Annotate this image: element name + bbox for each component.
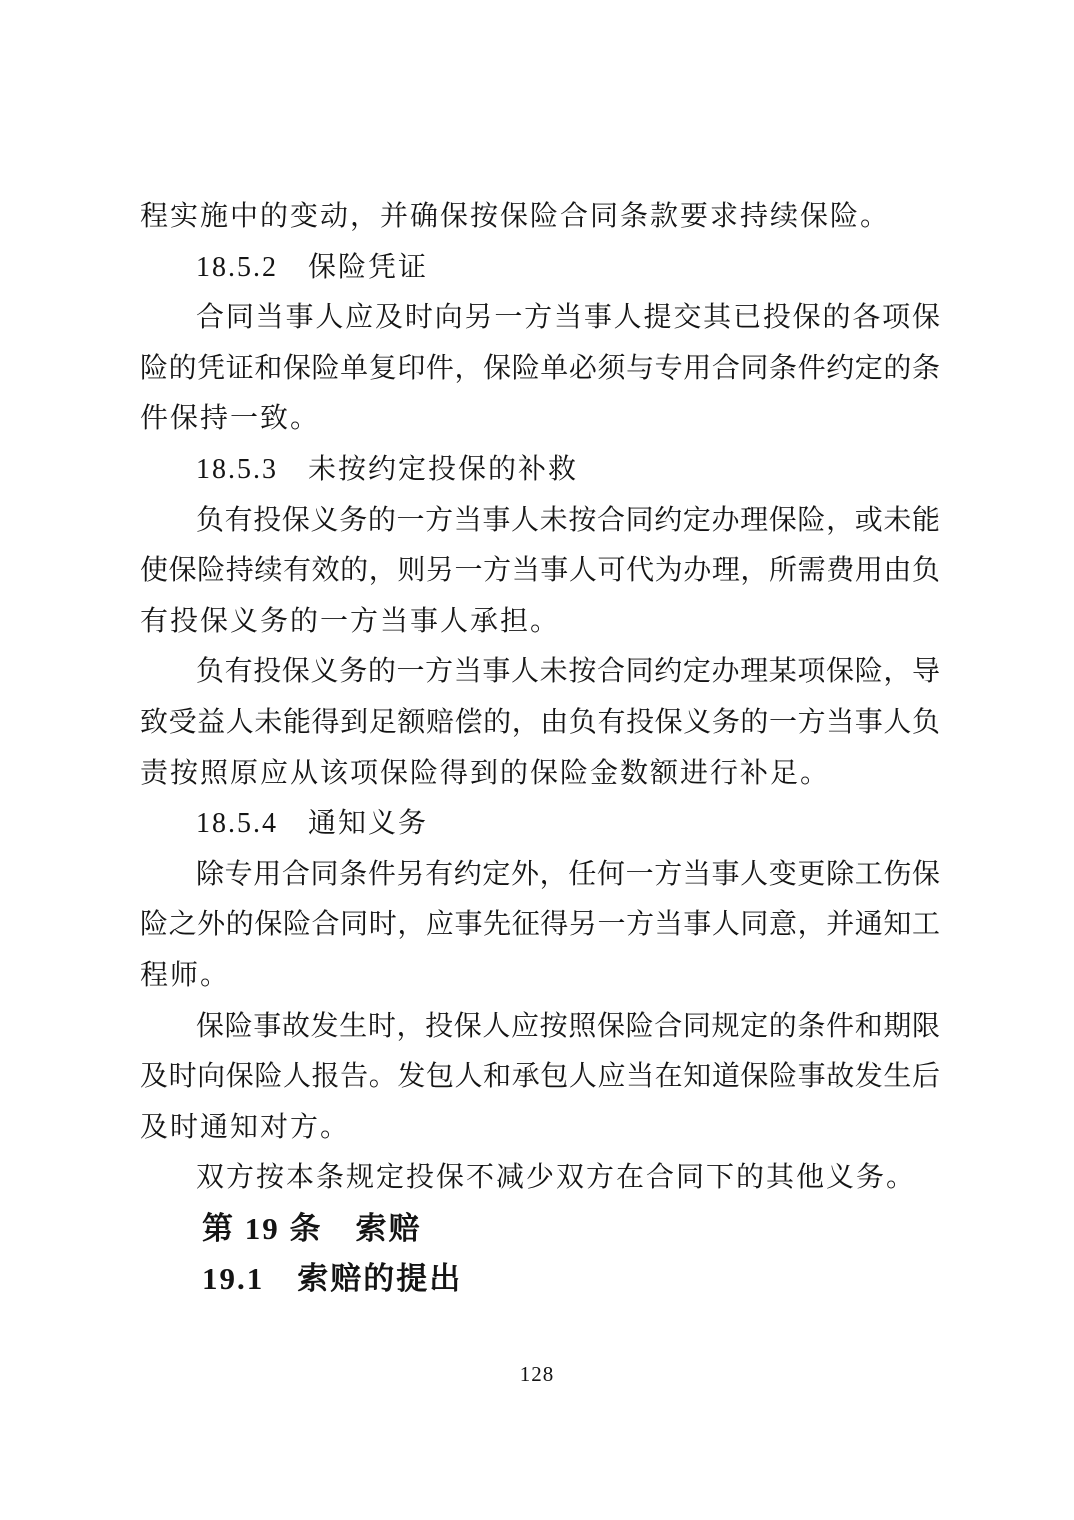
- paragraph-line: 程师。: [140, 951, 940, 1002]
- heading-18-5-2: 18.5.2 保险凭证: [140, 243, 940, 294]
- paragraph-line: 致受益人未能得到足额赔偿的，由负有投保义务的一方当事人负: [140, 698, 940, 749]
- paragraph-line: 责按照原应从该项保险得到的保险金数额进行补足。: [140, 749, 940, 800]
- paragraph-line: 程实施中的变动，并确保按保险合同条款要求持续保险。: [140, 192, 940, 243]
- heading-18-5-3: 18.5.3 未按约定投保的补救: [140, 445, 940, 496]
- paragraph-line: 险的凭证和保险单复印件，保险单必须与专用合同条件约定的条: [140, 344, 940, 395]
- paragraph-line: 险之外的保险合同时，应事先征得另一方当事人同意，并通知工: [140, 900, 940, 951]
- paragraph-line: 保险事故发生时，投保人应按照保险合同规定的条件和期限: [140, 1002, 940, 1053]
- document-page: 程实施中的变动，并确保按保险合同条款要求持续保险。 18.5.2 保险凭证 合同…: [0, 0, 1074, 1520]
- paragraph-line: 负有投保义务的一方当事人未按合同约定办理保险，或未能: [140, 496, 940, 547]
- paragraph-line: 有投保义务的一方当事人承担。: [140, 597, 940, 648]
- heading-clause-19-1: 19.1 索赔的提出: [140, 1254, 940, 1305]
- paragraph-line: 除专用合同条件另有约定外，任何一方当事人变更除工伤保: [140, 850, 940, 901]
- heading-18-5-4: 18.5.4 通知义务: [140, 799, 940, 850]
- paragraph-line: 及时向保险人报告。发包人和承包人应当在知道保险事故发生后: [140, 1052, 940, 1103]
- document-body: 程实施中的变动，并确保按保险合同条款要求持续保险。 18.5.2 保险凭证 合同…: [140, 192, 940, 1305]
- page-number: 128: [0, 1362, 1074, 1387]
- paragraph-line: 使保险持续有效的，则另一方当事人可代为办理，所需费用由负: [140, 546, 940, 597]
- paragraph-line: 件保持一致。: [140, 394, 940, 445]
- paragraph-line: 合同当事人应及时向另一方当事人提交其已投保的各项保: [140, 293, 940, 344]
- paragraph-line: 负有投保义务的一方当事人未按合同约定办理某项保险，导: [140, 647, 940, 698]
- paragraph-line: 双方按本条规定投保不减少双方在合同下的其他义务。: [140, 1153, 940, 1204]
- paragraph-line: 及时通知对方。: [140, 1103, 940, 1154]
- heading-clause-19: 第 19 条 索赔: [140, 1204, 940, 1255]
